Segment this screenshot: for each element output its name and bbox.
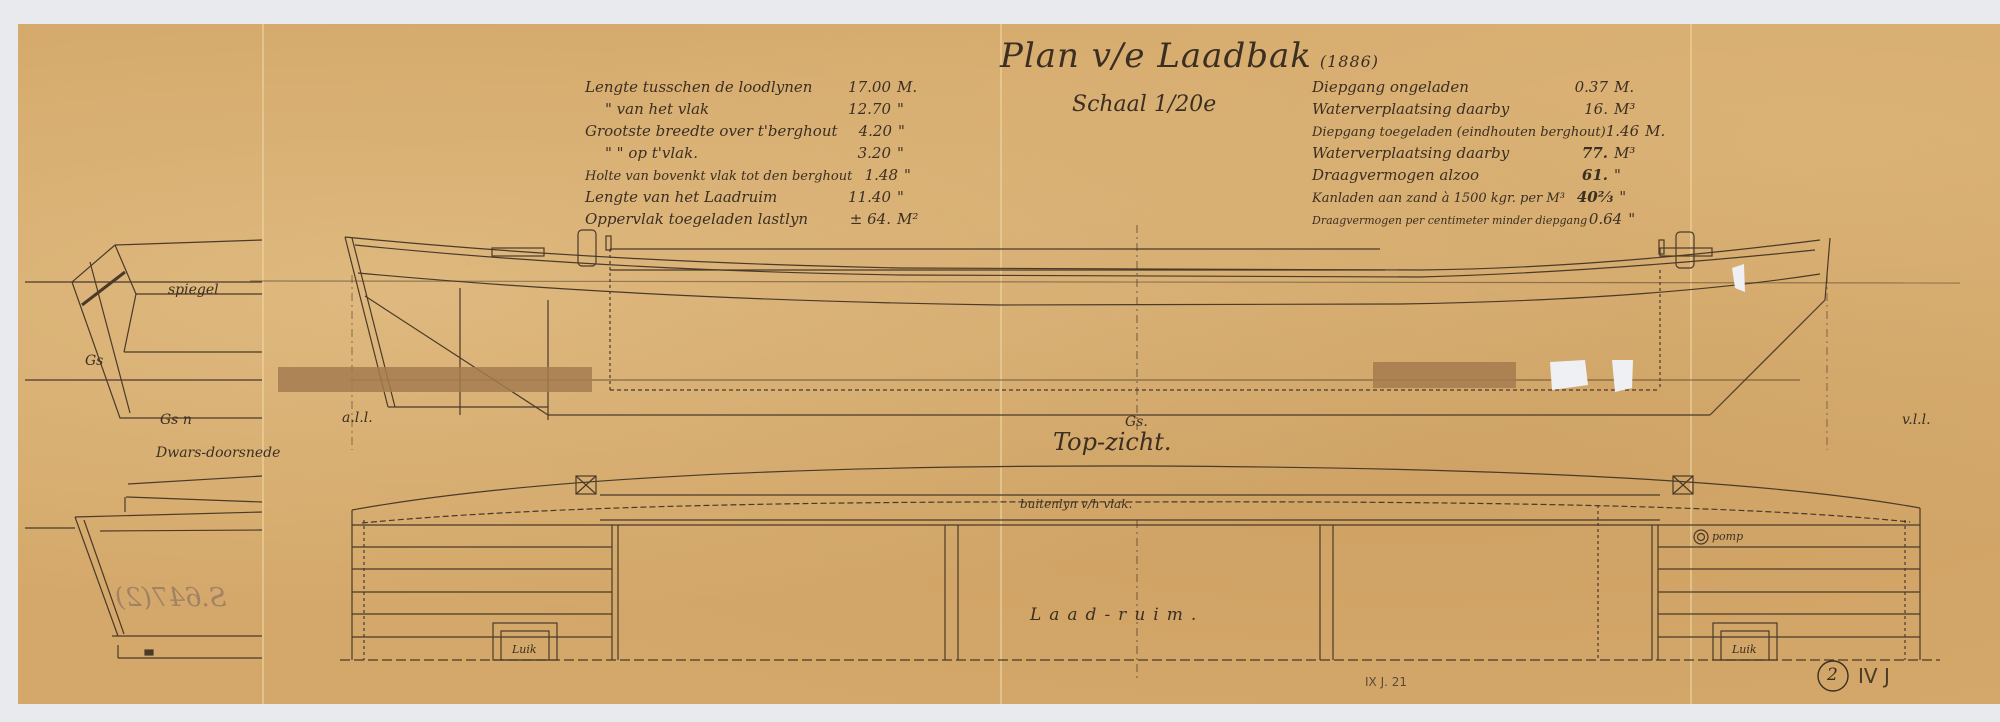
- spec-row: Waterverplaatsing daarby77.M³: [1312, 144, 1652, 166]
- spec-unit: ": [891, 100, 935, 118]
- spec-unit: M.: [1608, 78, 1652, 96]
- spec-label: Oppervlak toegeladen lastlyn: [585, 210, 835, 228]
- drawing-title: Plan v/e Laadbak(1886): [1000, 36, 1379, 76]
- spec-row: Oppervlak toegeladen lastlyn± 64.M²: [585, 210, 935, 232]
- spec-row: Draagvermogen alzoo61.": [1312, 166, 1652, 188]
- spec-unit: ": [1622, 210, 1652, 228]
- spec-value: 0.37: [1552, 78, 1608, 96]
- tape-mark: [278, 367, 592, 392]
- spec-row: Draagvermogen per centimeter minder diep…: [1312, 210, 1652, 232]
- spec-row: Waterverplaatsing daarby16.M³: [1312, 100, 1652, 122]
- spec-label: Grootste breedte over t'berghout: [585, 122, 838, 140]
- specs-right-table: Diepgang ongeladen0.37M. Waterverplaatsi…: [1312, 78, 1652, 232]
- spec-label: Draagvermogen alzoo: [1312, 166, 1552, 184]
- spec-unit: ": [1613, 188, 1652, 206]
- sheet-number: 2: [1827, 665, 1838, 685]
- spec-label: Holte van bovenkt vlak tot den berghout: [585, 169, 852, 184]
- spec-unit: ": [892, 122, 935, 140]
- specs-left-table: Lengte tusschen de loodlynen17.00M. " va…: [585, 78, 935, 232]
- spec-row: Holte van bovenkt vlak tot den berghout1…: [585, 166, 935, 188]
- paper-tear: [1550, 360, 1588, 390]
- spec-label: Draagvermogen per centimeter minder diep…: [1312, 214, 1587, 227]
- spec-label: " van het vlak: [585, 100, 835, 118]
- spec-row: Grootste breedte over t'berghout4.20": [585, 122, 935, 144]
- spec-unit: M³: [1608, 100, 1652, 118]
- spec-label: Waterverplaatsing daarby: [1312, 100, 1552, 118]
- spec-unit: M.: [891, 78, 935, 96]
- label-luik-left: Luik: [512, 643, 537, 656]
- spec-row: Diepgang ongeladen0.37M.: [1312, 78, 1652, 100]
- inventory-stamp: S.647(2): [115, 583, 227, 613]
- spec-unit: M.: [1639, 122, 1665, 140]
- label-spiegel: spiegel: [168, 282, 219, 298]
- spec-value: 3.20: [835, 144, 891, 162]
- label-top-view: Top-zicht.: [1053, 428, 1172, 456]
- spec-value: 11.40: [835, 188, 891, 206]
- spec-row: " van het vlak12.70": [585, 100, 935, 122]
- spec-label: Lengte tusschen de loodlynen: [585, 78, 835, 96]
- stern-transom-section: [25, 240, 262, 418]
- sheet-code: IV J: [1858, 664, 1890, 688]
- spec-value: 17.00: [835, 78, 891, 96]
- spec-unit: M²: [891, 210, 935, 228]
- spec-unit: ": [891, 188, 935, 206]
- spec-row: " " op t'vlak.3.20": [585, 144, 935, 166]
- label-buitenlijn: buitenlyn v/h vlak.: [1020, 497, 1132, 511]
- spec-value: 1.46: [1606, 122, 1639, 140]
- spec-row: Lengte tusschen de loodlynen17.00M.: [585, 78, 935, 100]
- spec-label: Diepgang toegeladen (eindhouten berghout…: [1312, 125, 1606, 140]
- spec-label: " " op t'vlak.: [585, 144, 835, 162]
- spec-value: 1.48: [852, 166, 898, 184]
- spec-label: Diepgang ongeladen: [1312, 78, 1552, 96]
- cross-section: [25, 476, 262, 658]
- label-luik-right: Luik: [1732, 643, 1757, 656]
- side-elevation: [250, 225, 1960, 450]
- spec-label: Kanladen aan zand à 1500 kgr. per M³: [1312, 191, 1565, 206]
- paper-tear: [1732, 264, 1745, 292]
- label-dwars-doorsnede: Dwars-doorsnede: [156, 445, 280, 461]
- label-aft-perpendicular: a.l.l.: [342, 410, 373, 426]
- label-pomp: pomp: [1712, 530, 1743, 543]
- spec-label: Lengte van het Laadruim: [585, 188, 835, 206]
- top-view: [340, 466, 1940, 680]
- spec-value: 61.: [1552, 166, 1608, 184]
- label-gs-n: Gs n: [160, 412, 192, 428]
- spec-unit: M³: [1608, 144, 1652, 162]
- spec-value: 40⅔: [1565, 188, 1613, 206]
- title-text: Plan v/e Laadbak: [1000, 36, 1312, 76]
- drawing-scale: Schaal 1/20e: [1072, 92, 1216, 117]
- spec-row: Lengte van het Laadruim11.40": [585, 188, 935, 210]
- spec-unit: ": [1608, 166, 1652, 184]
- spec-value: ± 64.: [835, 210, 891, 228]
- label-fwd-perpendicular: v.l.l.: [1902, 412, 1931, 428]
- spec-value: 77.: [1552, 144, 1608, 162]
- spec-value: 16.: [1552, 100, 1608, 118]
- title-year: (1886): [1320, 52, 1379, 71]
- spec-value: 0.64: [1587, 210, 1622, 228]
- ship-drawing-lines: [0, 0, 2000, 722]
- archive-code: IX J. 21: [1365, 675, 1407, 689]
- label-laadruim: Laad-ruim.: [1030, 605, 1204, 625]
- spec-value: 12.70: [835, 100, 891, 118]
- spec-unit: ": [898, 166, 935, 184]
- spec-label: Waterverplaatsing daarby: [1312, 144, 1552, 162]
- paper-tear: [1612, 360, 1633, 392]
- spec-row: Kanladen aan zand à 1500 kgr. per M³40⅔": [1312, 188, 1652, 210]
- spec-unit: ": [891, 144, 935, 162]
- spec-row: Diepgang toegeladen (eindhouten berghout…: [1312, 122, 1652, 144]
- label-gs-left: Gs: [85, 353, 103, 369]
- spec-value: 4.20: [838, 122, 892, 140]
- tape-mark: [1373, 362, 1516, 388]
